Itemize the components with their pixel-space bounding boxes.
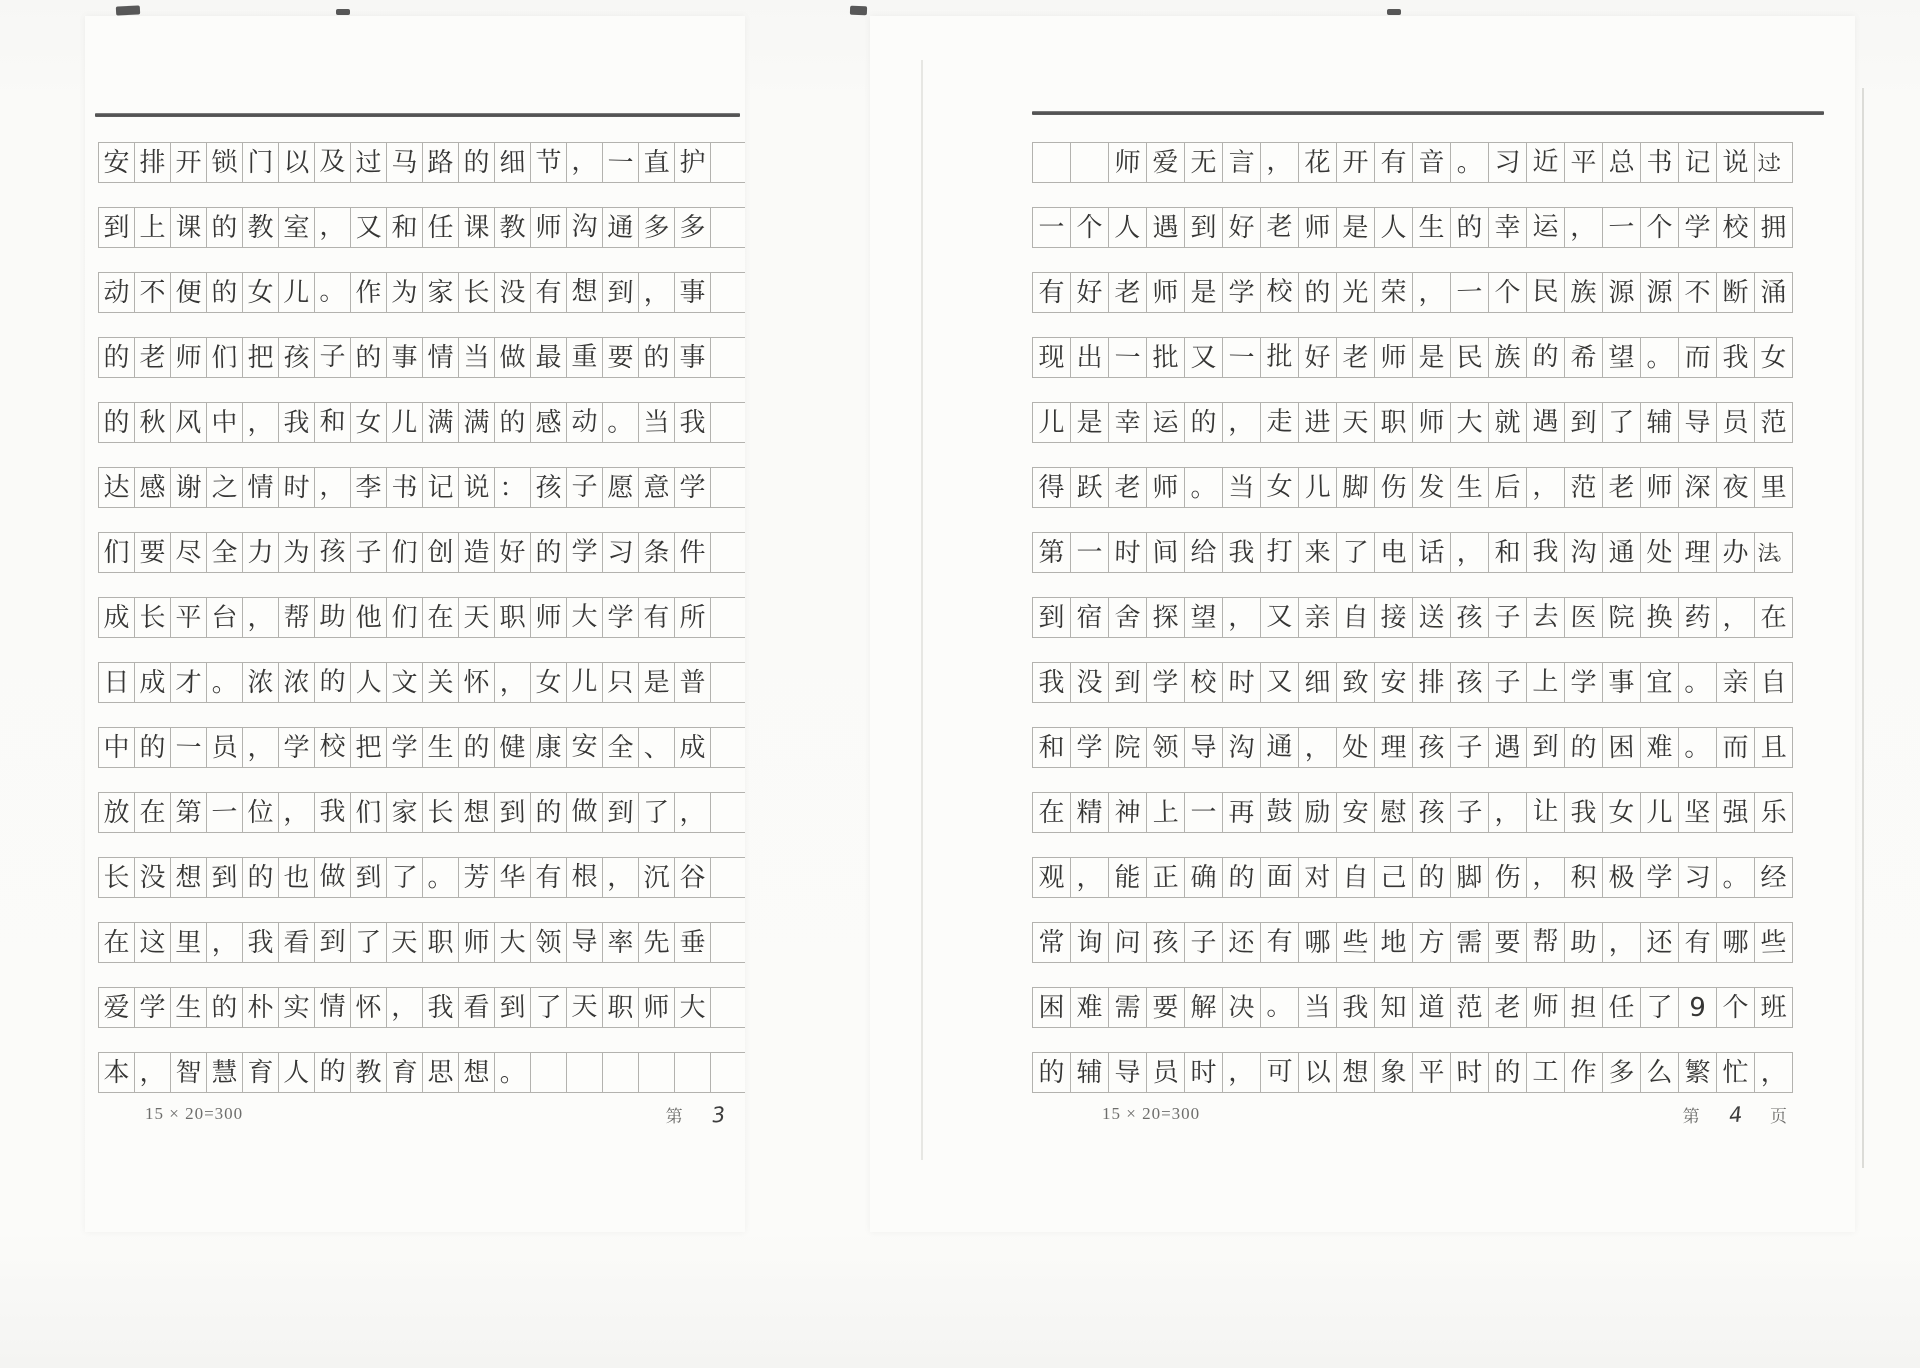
handwritten-char: 生 [423, 728, 458, 767]
char-cell: 9 [1678, 987, 1717, 1028]
char-cell: 脚 [1336, 467, 1375, 508]
handwritten-char: ， [1717, 598, 1754, 637]
char-cell: 民 [1526, 272, 1565, 313]
handwritten-char: 当 [459, 338, 494, 377]
char-cell: 亲 [1298, 597, 1337, 638]
handwritten-char: 开 [170, 143, 206, 183]
char-cell: ， [1602, 922, 1641, 963]
char-cell: 断 [1716, 272, 1755, 313]
handwritten-char: 师 [170, 338, 206, 378]
handwritten-char: 的 [315, 1052, 351, 1092]
char-cell: 看 [278, 922, 315, 963]
handwritten-char [710, 598, 745, 638]
char-cell [674, 1052, 711, 1093]
handwritten-char: 没 [135, 858, 170, 897]
char-cell: 是 [1336, 207, 1375, 248]
char-cell: 全 [602, 727, 639, 768]
char-cell: 我 [1032, 662, 1071, 703]
char-cell: 时 [278, 467, 315, 508]
char-cell: 件 [674, 532, 711, 573]
handwritten-char: ， [1450, 532, 1488, 572]
handwritten-char: ， [1602, 922, 1640, 962]
handwritten-char: 为 [386, 273, 422, 313]
grid-row: 的辅导员时，可以想象平时的工作多么繁忙， [1032, 1052, 1832, 1093]
char-cell: 鼓 [1260, 792, 1299, 833]
char-cell: 处 [1336, 727, 1375, 768]
handwritten-char: 又 [1261, 662, 1299, 702]
char-cell: 的 [638, 337, 675, 378]
handwritten-char: 老 [1336, 337, 1374, 377]
handwritten-char: 健 [494, 727, 530, 767]
handwritten-char: 职 [423, 923, 458, 962]
char-cell: ， [314, 207, 351, 248]
handwritten-char: 育 [243, 1053, 278, 1092]
handwritten-char: 脚 [1336, 467, 1374, 507]
handwritten-char: 天 [1336, 402, 1374, 442]
handwritten-char: 一 [170, 728, 206, 768]
char-cell: 课 [170, 207, 207, 248]
handwritten-char: 时 [1222, 662, 1260, 702]
char-cell [1032, 142, 1071, 183]
handwritten-char: 又 [350, 207, 386, 247]
handwritten-char: 、 [638, 727, 674, 767]
char-cell: 解 [1184, 987, 1223, 1028]
handwritten-char: 一 [1185, 793, 1222, 832]
char-cell: ， [1222, 402, 1261, 443]
handwritten-char: 导 [1185, 728, 1222, 767]
char-cell: 孩 [530, 467, 567, 508]
handwritten-char: 些 [1336, 922, 1374, 962]
char-cell: 花 [1298, 142, 1337, 183]
char-cell: 我 [1222, 532, 1261, 573]
handwritten-char: 动 [99, 273, 134, 312]
char-cell: 事 [674, 272, 711, 313]
char-cell: 子 [314, 337, 351, 378]
grid-row: 安排开锁门以及过马路的细节，一直护 [98, 142, 745, 183]
char-cell: 长 [134, 597, 171, 638]
grid-row: 我没到学校时又细致安排孩子上学事宜。亲自 [1032, 662, 1832, 703]
handwritten-char: 批 [1261, 337, 1299, 377]
char-cell: 课 [458, 207, 495, 248]
char-cell: 上 [1526, 662, 1565, 703]
char-cell: 的 [1298, 272, 1337, 313]
char-cell [710, 272, 745, 313]
handwritten-char: 么 [1641, 1053, 1678, 1092]
handwritten-char: 老 [1261, 207, 1299, 247]
char-cell: 康 [530, 727, 567, 768]
handwritten-char: 们 [386, 598, 422, 638]
handwritten-char: 教 [243, 208, 278, 247]
handwritten-char: 就 [1489, 403, 1526, 442]
handwritten-char: 说 [459, 468, 494, 507]
char-cell: 生 [1450, 467, 1489, 508]
char-cell: 儿 [278, 272, 315, 313]
handwritten-char: 法。 [1754, 532, 1792, 572]
handwritten-char: 垂 [675, 923, 710, 962]
char-cell: 处 [1640, 532, 1679, 573]
char-cell: 师 [1146, 467, 1185, 508]
char-cell: 细 [1298, 662, 1337, 703]
char-cell: 秋 [134, 402, 171, 443]
handwritten-char: 当 [1222, 467, 1260, 507]
char-cell: 锁 [206, 142, 243, 183]
char-cell: 过： [1754, 142, 1793, 183]
char-cell: 再 [1222, 792, 1261, 833]
handwritten-char: 一 [1602, 207, 1640, 247]
char-cell: 创 [422, 532, 459, 573]
handwritten-char: 先 [638, 922, 674, 962]
char-cell: 老 [1260, 207, 1299, 248]
char-cell: 有 [530, 857, 567, 898]
char-cell: 我 [1336, 987, 1375, 1028]
handwritten-char: 的 [350, 337, 386, 377]
char-cell: 我 [1526, 532, 1565, 573]
handwritten-char [567, 1052, 603, 1092]
char-cell: 想 [1336, 1052, 1375, 1093]
char-cell: 长 [458, 272, 495, 313]
handwritten-char: ， [315, 467, 351, 507]
handwritten-char: 到 [1564, 402, 1602, 442]
handwritten-char: 源 [1641, 273, 1678, 312]
char-cell: 了 [386, 857, 423, 898]
char-cell: 理 [1374, 727, 1413, 768]
char-cell: 爱 [1146, 142, 1185, 183]
char-cell: 让 [1526, 792, 1565, 833]
handwritten-char: 师 [1146, 467, 1184, 507]
handwritten-char: 马 [386, 143, 422, 183]
handwritten-char: 学 [1146, 662, 1184, 702]
handwritten-char: 成 [135, 663, 170, 702]
handwritten-char [1071, 143, 1108, 182]
handwritten-char: 沟 [1564, 532, 1602, 572]
char-cell [710, 922, 745, 963]
handwritten-char: 个 [1641, 208, 1678, 247]
char-cell: 和 [314, 402, 351, 443]
char-cell: 谷 [674, 857, 711, 898]
char-cell: ， [1526, 857, 1565, 898]
char-cell: 去 [1526, 597, 1565, 638]
page-number-label: 第 3 页 [666, 1102, 745, 1127]
char-cell: 孩 [314, 532, 351, 573]
handwritten-char: 处 [1641, 533, 1678, 572]
handwritten-char: 哪 [1717, 923, 1754, 962]
grid-row: 有好老师是学校的光荣，一个民族源源不断涌 [1032, 272, 1832, 313]
char-cell: 些 [1754, 922, 1793, 963]
handwritten-char: 子 [315, 337, 351, 377]
char-cell: 沟 [1222, 727, 1261, 768]
handwritten-char: ， [135, 1053, 170, 1092]
char-cell: 有 [1374, 142, 1413, 183]
char-cell: 些 [1336, 922, 1375, 963]
char-cell: 沟 [566, 207, 603, 248]
char-cell: 繁 [1678, 1052, 1717, 1093]
char-cell: 本 [98, 1052, 135, 1093]
char-cell: ， [206, 922, 243, 963]
char-cell: 难 [1070, 987, 1109, 1028]
handwritten-char: 文 [386, 663, 422, 703]
char-cell: 一 [170, 727, 207, 768]
handwritten-char: 事 [675, 273, 710, 312]
handwritten-char: 师 [638, 987, 674, 1027]
scan-artifact-mark [1387, 9, 1401, 15]
handwritten-char: 浓 [243, 663, 278, 702]
handwritten-char [602, 1053, 638, 1093]
char-cell: 询 [1070, 922, 1109, 963]
char-cell: 记 [1678, 142, 1717, 183]
handwritten-char: 他 [350, 597, 386, 637]
handwritten-char: 道 [1413, 988, 1450, 1027]
char-cell: 安 [1374, 662, 1413, 703]
handwritten-char: 师 [459, 923, 494, 962]
char-cell: 给 [1184, 532, 1223, 573]
char-cell: 伤 [1374, 467, 1413, 508]
char-cell: 儿 [566, 662, 603, 703]
handwritten-char: 接 [1375, 598, 1412, 637]
handwritten-char: 一 [1222, 337, 1260, 377]
grid-row: 常询问孩子还有哪些地方需要帮助，还有哪些 [1032, 922, 1832, 963]
handwritten-char: 最 [531, 338, 566, 377]
handwritten-char: 习 [1489, 143, 1526, 182]
handwritten-char: 室 [278, 208, 314, 248]
char-cell: 了 [1336, 532, 1375, 573]
char-cell: 接 [1374, 597, 1413, 638]
handwritten-char: 帮 [278, 598, 314, 638]
char-cell: 是 [638, 662, 675, 703]
char-cell: 做 [494, 337, 531, 378]
char-cell: 脚 [1450, 857, 1489, 898]
handwritten-char: 忙 [1717, 1053, 1754, 1092]
char-cell: 探 [1146, 597, 1185, 638]
handwritten-char: 师 [1298, 207, 1336, 247]
handwritten-char: 和 [386, 208, 422, 248]
handwritten-char: 子 [1450, 727, 1488, 767]
handwritten-char: 天 [386, 923, 422, 963]
char-cell: 把 [350, 727, 387, 768]
handwritten-char: 得 [1033, 468, 1070, 507]
char-cell: 习 [1678, 857, 1717, 898]
handwritten-char [638, 1052, 674, 1092]
handwritten-char: 我 [278, 403, 314, 443]
handwritten-char: 人 [1108, 207, 1146, 247]
char-cell: 作 [1564, 1052, 1603, 1093]
handwritten-char: 和 [315, 402, 351, 442]
handwritten-char: 要 [1146, 987, 1184, 1027]
handwritten-char: 有 [531, 858, 566, 897]
handwritten-char: 里 [170, 923, 206, 963]
handwritten-char: 致 [1336, 662, 1374, 702]
char-cell: 事 [674, 337, 711, 378]
handwritten-char: 师 [1527, 987, 1565, 1027]
handwritten-char: 伤 [1375, 468, 1412, 507]
char-cell [710, 792, 745, 833]
handwritten-char: 的 [206, 987, 242, 1027]
handwritten-char: 在 [1754, 597, 1792, 637]
page-top-rule [95, 113, 740, 117]
char-cell: 便 [170, 272, 207, 313]
handwritten-char: 些 [1754, 922, 1792, 962]
char-cell: 个 [1640, 207, 1679, 248]
char-cell: 女 [1260, 467, 1299, 508]
char-cell: 时 [1222, 662, 1261, 703]
char-cell: 当 [458, 337, 495, 378]
char-cell: 了 [530, 987, 567, 1028]
grid-row: 得跃老师。当女儿脚伤发生后，范老师深夜里 [1032, 467, 1832, 508]
handwritten-char: 个 [1071, 208, 1108, 247]
handwritten-char: 尽 [170, 533, 206, 573]
handwritten-char: 门 [243, 143, 278, 182]
handwritten-char: 荣 [1375, 273, 1412, 312]
handwritten-char: 通 [1602, 532, 1640, 572]
char-cell: 范 [1450, 987, 1489, 1028]
handwritten-char [710, 1053, 745, 1093]
char-cell: ： [494, 467, 531, 508]
handwritten-char: 儿 [1641, 793, 1678, 832]
char-cell: 的 [458, 142, 495, 183]
handwritten-char: 师 [1375, 338, 1412, 377]
handwritten-char: 观 [1033, 858, 1070, 897]
handwritten-char: 力 [243, 533, 278, 572]
char-cell: 以 [1298, 1052, 1337, 1093]
char-cell: 老 [1488, 987, 1527, 1028]
char-cell: 学 [278, 727, 315, 768]
handwritten-char: 怀 [459, 663, 494, 702]
handwritten-char: 极 [1602, 857, 1640, 897]
char-cell: 我 [422, 987, 459, 1028]
handwritten-char: 而 [1717, 728, 1754, 767]
char-cell: 细 [494, 142, 531, 183]
handwritten-char: 沟 [567, 207, 603, 247]
handwritten-char: 职 [1375, 403, 1412, 442]
handwritten-char: 来 [1298, 532, 1336, 572]
char-cell: 华 [494, 857, 531, 898]
handwritten-char: 本 [99, 1053, 134, 1092]
handwritten-char: 个 [1489, 273, 1526, 312]
handwritten-char: 难 [1071, 988, 1108, 1027]
handwritten-char: 到 [1108, 662, 1146, 702]
handwritten-char: 了 [1336, 532, 1374, 572]
handwritten-char: 辅 [1641, 403, 1678, 442]
handwritten-char: 我 [1222, 532, 1260, 572]
handwritten-char: 去 [1527, 597, 1565, 637]
char-cell: 职 [422, 922, 459, 963]
char-cell: 室 [278, 207, 315, 248]
handwritten-char: ， [1413, 273, 1450, 312]
handwritten-char: 而 [1678, 337, 1716, 377]
paper-edge [921, 60, 923, 1160]
char-cell: 马 [386, 142, 423, 183]
handwritten-char: 们 [350, 792, 386, 832]
handwritten-char: 繁 [1678, 1052, 1716, 1092]
char-cell: 文 [386, 662, 423, 703]
char-cell: 安 [98, 142, 135, 183]
handwritten-char: 还 [1222, 922, 1260, 962]
handwritten-char: 再 [1222, 792, 1260, 832]
char-cell: 的 [206, 987, 243, 1028]
char-cell: 说 [1716, 142, 1755, 183]
handwritten-char: 师 [1108, 142, 1146, 182]
char-cell: 极 [1602, 857, 1641, 898]
handwritten-char: 学 [135, 988, 170, 1027]
handwritten-char: 。 [1185, 468, 1222, 507]
handwritten-char: 里 [1754, 467, 1792, 507]
char-cell: 确 [1184, 857, 1223, 898]
handwritten-char: 情 [243, 468, 278, 507]
handwritten-char: 了 [1641, 988, 1678, 1027]
handwritten-char: 的 [531, 533, 566, 572]
handwritten-char: 。 [1641, 338, 1678, 377]
char-cell: 生 [170, 987, 207, 1028]
char-cell: 到 [1526, 727, 1565, 768]
handwritten-char: 长 [459, 273, 494, 312]
handwritten-char: 学 [602, 598, 638, 638]
char-cell: 女 [1754, 337, 1793, 378]
grid-row: 到宿舍探望，又亲自接送孩子去医院换药，在 [1032, 597, 1832, 638]
char-cell: 是 [1070, 402, 1109, 443]
page-prefix: 第 [1683, 1102, 1701, 1127]
handwritten-char: 深 [1678, 467, 1716, 507]
char-cell: 。 [1640, 337, 1679, 378]
char-cell: 育 [242, 1052, 279, 1093]
grid-row: 第一时间给我打来了电话，和我沟通处理办法。 [1032, 532, 1832, 573]
char-cell: 决 [1222, 987, 1261, 1028]
handwritten-char: 校 [315, 727, 351, 767]
handwritten-char: 记 [423, 468, 458, 507]
char-cell: 了 [1602, 402, 1641, 443]
handwritten-char: 没 [1071, 663, 1108, 702]
char-cell: ， [1222, 597, 1261, 638]
handwritten-char: 沟 [1222, 727, 1260, 767]
char-cell: 个 [1070, 207, 1109, 248]
handwritten-char: 子 [1185, 923, 1222, 962]
char-cell: 朴 [242, 987, 279, 1028]
char-cell [710, 1052, 745, 1093]
handwritten-char: 理 [1678, 532, 1716, 572]
handwritten-char: 在 [135, 793, 170, 832]
char-cell: 孩 [1450, 662, 1489, 703]
handwritten-char: 的 [99, 403, 134, 442]
char-cell: 儿 [386, 402, 423, 443]
char-cell: 自 [1336, 597, 1375, 638]
char-cell: 子 [1450, 792, 1489, 833]
handwritten-char: 话 [1413, 533, 1450, 572]
handwritten-char: 人 [1375, 208, 1412, 247]
handwritten-char: 一 [1033, 208, 1070, 247]
char-cell: 长 [98, 857, 135, 898]
handwritten-char: 没 [494, 272, 530, 312]
handwritten-char: ， [243, 403, 278, 442]
char-cell: 的 [530, 532, 567, 573]
handwritten-char: 师 [531, 598, 566, 637]
char-cell: 的 [314, 662, 351, 703]
handwritten-char: ， [278, 793, 314, 833]
char-cell: ， [1222, 1052, 1261, 1093]
handwritten-char: 浓 [278, 663, 314, 703]
char-cell: 帮 [278, 597, 315, 638]
handwritten-char: 探 [1146, 597, 1184, 637]
handwritten-char: ， [675, 793, 710, 832]
char-cell: 又 [1260, 597, 1299, 638]
char-cell: 时 [1184, 1052, 1223, 1093]
char-cell: 也 [278, 857, 315, 898]
char-cell: 且 [1754, 727, 1793, 768]
char-cell: 要 [1146, 987, 1185, 1028]
char-cell: 多 [674, 207, 711, 248]
handwritten-char: 脚 [1450, 857, 1488, 897]
char-cell: 女 [530, 662, 567, 703]
handwritten-char: 意 [638, 467, 674, 507]
char-cell [710, 727, 745, 768]
char-cell: 师 [1298, 207, 1337, 248]
